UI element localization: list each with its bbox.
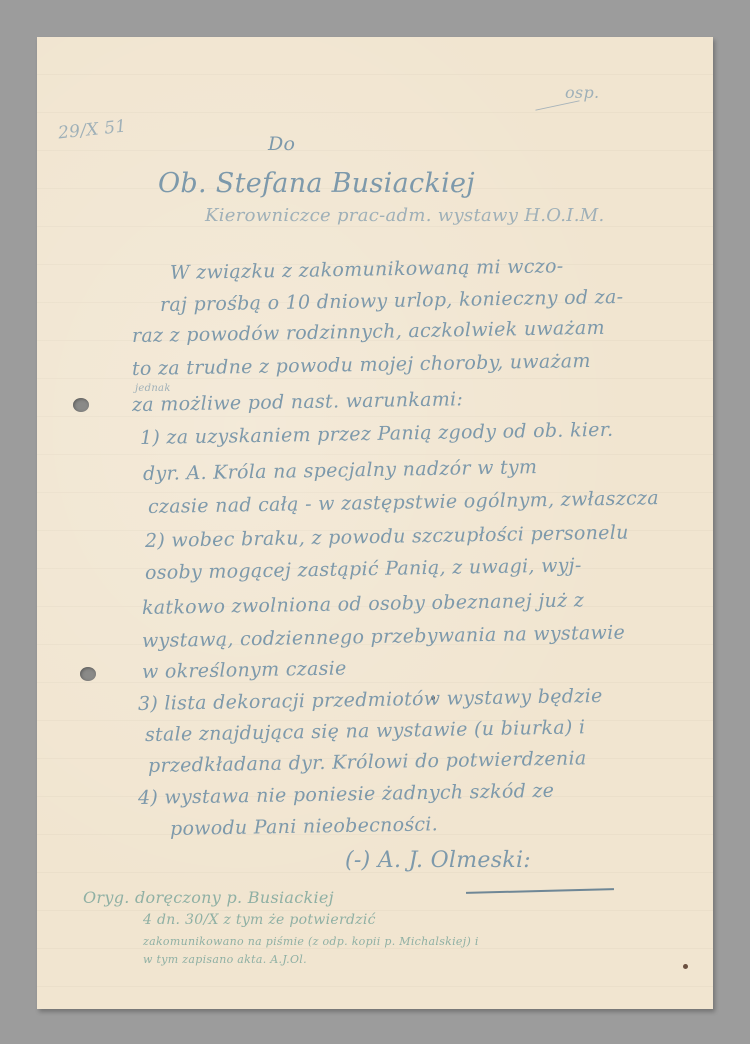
paper-stain bbox=[683, 964, 688, 969]
footer-note: Oryg. doręczony p. Busiackiej bbox=[83, 888, 334, 907]
body-line: w określonym czasie bbox=[142, 657, 347, 683]
footer-note: 4 dn. 30/X z tym że potwierdzić bbox=[143, 912, 376, 928]
footer-note: w tym zapisano akta. A.J.Ol. bbox=[143, 953, 307, 966]
punch-hole-bottom bbox=[80, 667, 96, 681]
footer-note: zakomunikowano na piśmie (z odp. kopii p… bbox=[143, 935, 479, 948]
salutation-to: Do bbox=[268, 133, 295, 155]
punch-hole-top bbox=[73, 398, 89, 412]
corner-note: osp. bbox=[565, 83, 599, 102]
body-line: powodu Pani nieobecności. bbox=[170, 813, 438, 840]
recipient-name: Ob. Stefana Busiackiej bbox=[158, 168, 475, 199]
body-insertion: jednak bbox=[135, 383, 171, 394]
signature: (-) A. J. Olmeski: bbox=[345, 848, 531, 873]
recipient-title: Kierowniczce prac-adm. wystawy H.O.I.M. bbox=[205, 205, 604, 226]
